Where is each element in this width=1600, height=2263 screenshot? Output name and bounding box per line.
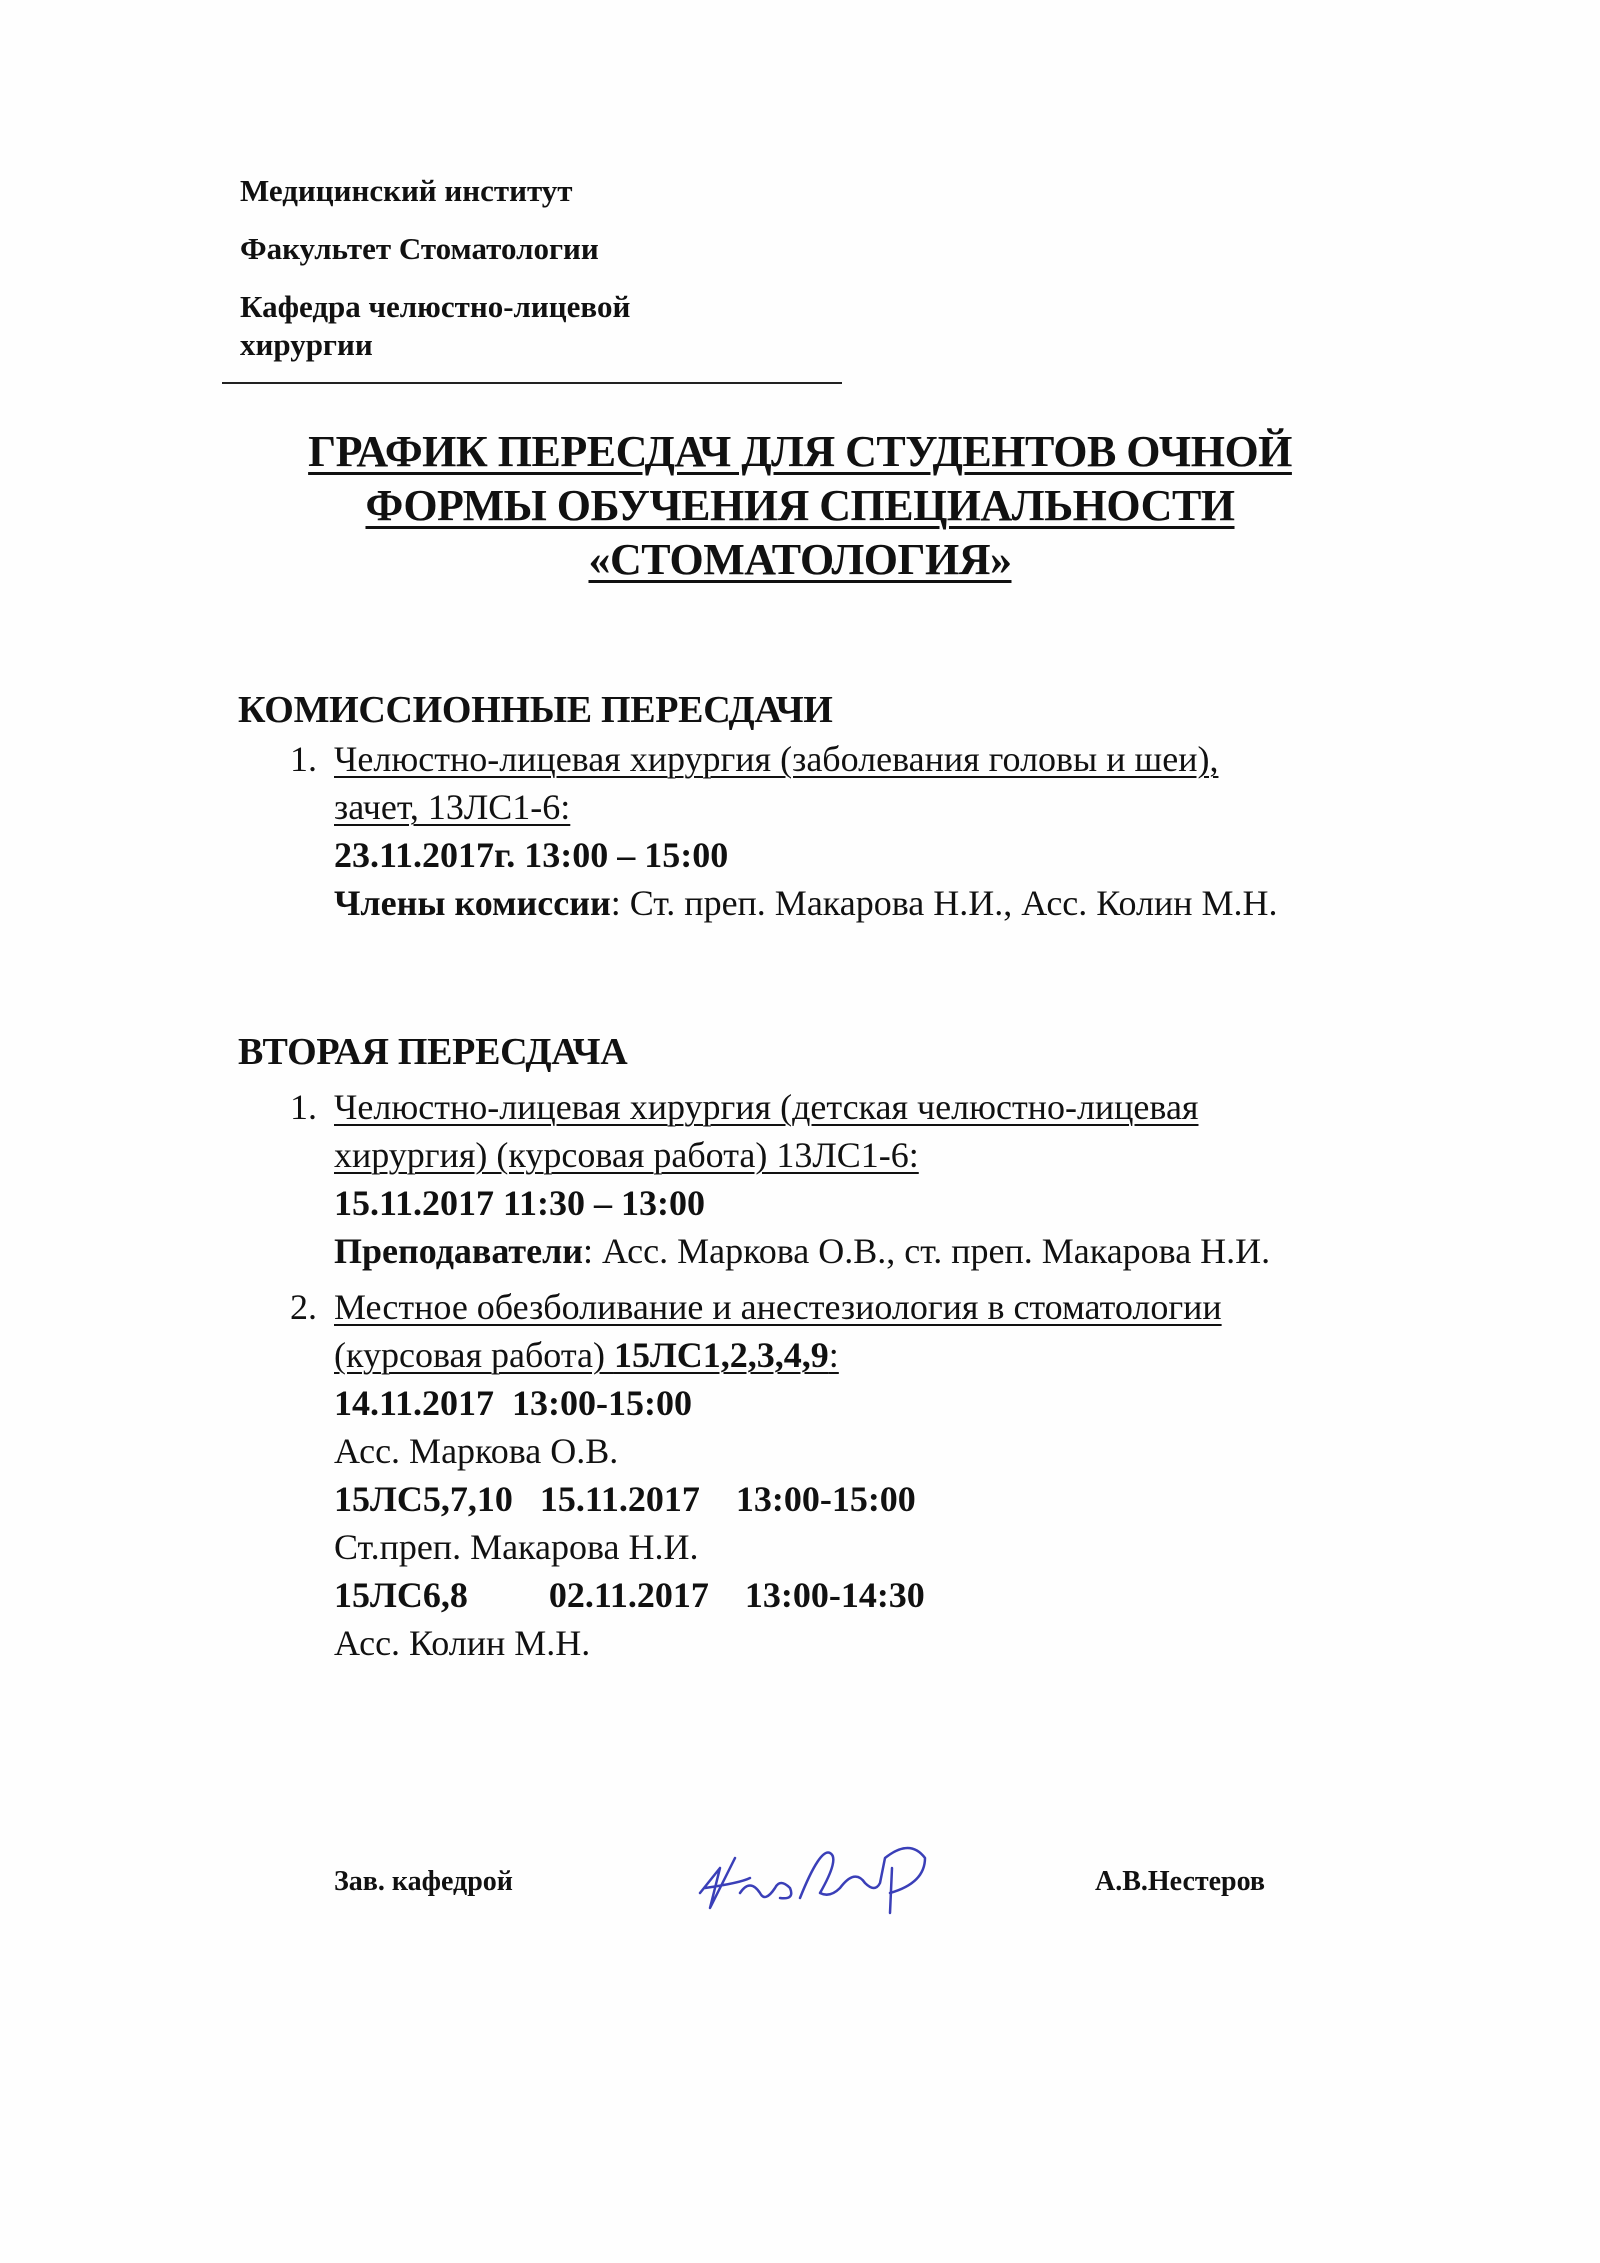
staff-label: Преподаватели — [334, 1231, 583, 1271]
subject-line: Местное обезболивание и анестезиология в… — [334, 1287, 1222, 1327]
item-number: 1. — [290, 1083, 317, 1131]
title-line-1: ГРАФИК ПЕРЕСДАЧ ДЛЯ СТУДЕНТОВ ОЧНОЙ — [308, 427, 1292, 476]
slot-teacher: Асс. Маркова О.В. — [334, 1427, 1490, 1475]
faculty-name: Факультет Стоматологии — [240, 230, 840, 268]
subject-line: (курсовая работа) — [334, 1335, 614, 1375]
title-line-2: ФОРМЫ ОБУЧЕНИЯ СПЕЦИАЛЬНОСТИ — [365, 481, 1234, 530]
title-line-3: «СТОМАТОЛОГИЯ» — [588, 535, 1011, 584]
document-page: Медицинский институт Факультет Стоматоло… — [0, 0, 1600, 2263]
subject-line: зачет, 13ЛС1-6: — [334, 787, 570, 827]
list-item: 1. Челюстно-лицевая хирургия (заболевани… — [290, 735, 1490, 927]
exam-datetime: 15.11.2017 11:30 – 13:00 — [334, 1179, 1490, 1227]
subject-line: хирургия) (курсовая работа) 13ЛС1-6: — [334, 1135, 919, 1175]
exam-datetime: 23.11.2017г. 13:00 – 15:00 — [334, 831, 1490, 879]
slot-teacher: Асс. Колин М.Н. — [334, 1619, 1490, 1667]
department-name-line1: Кафедра челюстно-лицевой — [240, 288, 840, 326]
list-item: 1. Челюстно-лицевая хирургия (детская че… — [290, 1083, 1490, 1275]
subject-line: Челюстно-лицевая хирургия (заболевания г… — [334, 739, 1218, 779]
slot-date: 02.11.2017 — [549, 1575, 709, 1615]
slot-date: 15.11.2017 — [540, 1479, 700, 1519]
slot-teacher: Ст.преп. Макарова Н.И. — [334, 1523, 1490, 1571]
slot-time: 13:00-15:00 — [736, 1479, 916, 1519]
slot-time: 13:00-14:30 — [745, 1575, 925, 1615]
subject-line: Челюстно-лицевая хирургия (детская челюс… — [334, 1087, 1198, 1127]
staff-names: : Ст. преп. Макарова Н.И., Асс. Колин М.… — [611, 883, 1278, 923]
signatory-role: Зав. кафедрой — [334, 1866, 513, 1898]
colon: : — [829, 1335, 839, 1375]
document-header: Медицинский институт Факультет Стоматоло… — [240, 172, 840, 364]
staff-label: Члены комиссии — [334, 883, 611, 923]
section-heading-commission: КОМИССИОННЫЕ ПЕРЕСДАЧИ — [238, 688, 833, 732]
list-item: 2. Местное обезболивание и анестезиологи… — [290, 1283, 1490, 1667]
staff-names: : Асс. Маркова О.В., ст. преп. Макарова … — [583, 1231, 1270, 1271]
slot-groups: 15ЛС6,8 — [334, 1575, 468, 1615]
slot-datetime: 14.11.2017 13:00-15:00 — [334, 1379, 1490, 1427]
slot-datetime: 15ЛС5,7,10 15.11.2017 13:00-15:00 — [334, 1475, 1490, 1523]
slot-time: 13:00-15:00 — [512, 1383, 692, 1423]
slot-datetime: 15ЛС6,8 02.11.2017 13:00-14:30 — [334, 1571, 1490, 1619]
institute-name: Медицинский институт — [240, 172, 840, 210]
header-divider — [222, 382, 842, 384]
department-name-line2: хирургии — [240, 326, 840, 364]
group-list: 15ЛС1,2,3,4,9 — [614, 1335, 829, 1375]
slot-groups: 15ЛС5,7,10 — [334, 1479, 513, 1519]
slot-date: 14.11.2017 — [334, 1383, 494, 1423]
document-title: ГРАФИК ПЕРЕСДАЧ ДЛЯ СТУДЕНТОВ ОЧНОЙ ФОРМ… — [180, 425, 1420, 587]
section-heading-second-retake: ВТОРАЯ ПЕРЕСДАЧА — [238, 1030, 627, 1074]
signature-image — [680, 1838, 980, 1918]
item-number: 2. — [290, 1283, 317, 1331]
signatory-name: А.В.Нестеров — [1095, 1866, 1265, 1898]
item-number: 1. — [290, 735, 317, 783]
